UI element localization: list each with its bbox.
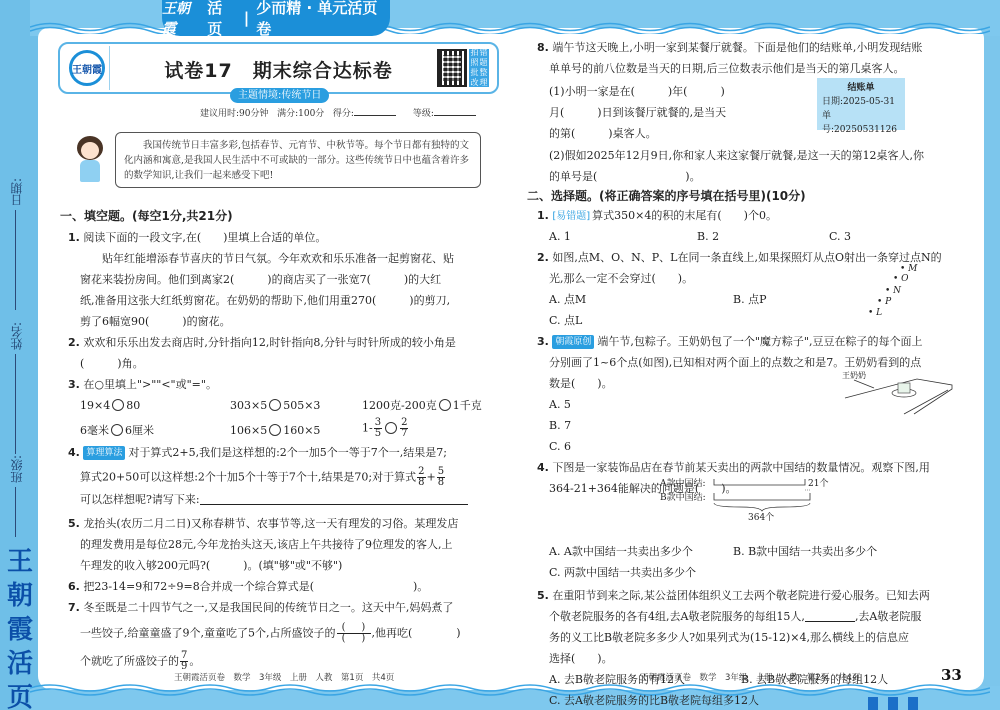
mc-q3-text-line: 数是( )。	[549, 374, 613, 394]
q8-prompt: 8. 端午节这天晚上,小明一家到某餐厅就餐。下面是他们的结账单,小明发现结账	[537, 38, 922, 58]
q4-answer-line: 可以怎样想呢?请写下来:	[80, 490, 468, 510]
score-field[interactable]	[354, 115, 396, 116]
q8-sub1-line: (1)小明一家是在( )年( )	[549, 82, 725, 102]
q7-fraction-blank[interactable]: ( )( )	[337, 623, 371, 644]
q2-answer-line: ( )角。	[80, 354, 144, 374]
mc-q5-text-line: 个敬老院服务的各有4组,去A敬老院服务的每组15人,,去A敬老院服	[549, 607, 921, 627]
q4-prompt: 4. 算理算法对于算式2+5,我们是这样想的:2个一加5个一等于7个一,结果是7…	[68, 443, 447, 463]
receipt-date: 日期:2025-05-31	[822, 95, 900, 109]
q1-prompt: 1. 阅读下面的一段文字,在( )里填上合适的单位。	[68, 228, 326, 248]
tag-original: 朝霞原创	[552, 335, 594, 349]
cube-zongzi-figure: 王奶奶	[842, 368, 957, 416]
mc-q3-option-b[interactable]: B. 7	[549, 416, 571, 436]
q7-text-line: 个就吃了所盛饺子的79。	[80, 651, 200, 672]
q2-prompt: 2. 欢欢和乐乐出发去商店时,分针指向12,时针指向8,分针与时针所成的较小角是	[68, 333, 456, 353]
bar-model-figure: A款中国结: B款中国结: 21个 364个	[660, 476, 840, 522]
mc-q3-option-c[interactable]: C. 6	[549, 437, 571, 457]
qr-label: 拍错 照题 批整 改理	[469, 49, 489, 87]
section-fill-blank: 一、填空题。(每空1分,共21分)	[60, 206, 490, 226]
qr-code-icon[interactable]	[437, 49, 467, 87]
paper-title: 试卷17 期末综合达标卷	[60, 56, 497, 83]
score-label: 得分:	[333, 109, 354, 119]
time-suggestion: 建议用时:90分钟	[200, 109, 269, 119]
mc-q1-prompt: 1. [易错题]算式350×4的积的末尾有( )个0。	[537, 206, 777, 227]
mc-q4-option-a[interactable]: A. A款中国结一共卖出多少个	[549, 542, 693, 562]
title-box: 王朝霞 试卷17 期末综合达标卷 拍错 照题 批整 改理	[58, 42, 499, 94]
mc-q2-option-c[interactable]: C. 点L	[549, 311, 582, 331]
grade-label: 等级:	[413, 109, 434, 119]
compare-circle[interactable]	[269, 424, 281, 436]
binding-tab	[888, 697, 898, 710]
q3-compare-item: 1-3527	[362, 418, 409, 439]
section-2-heading: 二、选择题。(将正确答案的序号填在括号里)(10分)	[527, 186, 967, 206]
q4-answer-field[interactable]	[200, 504, 468, 505]
intro-callout: 我国传统节日丰富多彩,包括春节、元宵节、中秋节等。每个节日都有独特的文化内涵和寓…	[73, 132, 481, 188]
q3-prompt: 3. 在○里填上">""<"或"="。	[68, 375, 217, 395]
banner-brand: 王朝霞	[162, 0, 203, 38]
compare-circle[interactable]	[269, 399, 281, 411]
mc-q2-text-line: 光,那么一定不会穿过( )。	[549, 269, 693, 289]
mc-q4-option-c[interactable]: C. 两款中国结一共卖出多少个	[549, 563, 696, 583]
intro-speech-bubble: 我国传统节日丰富多彩,包括春节、元宵节、中秋节等。每个节日都有独特的文化内涵和寓…	[115, 132, 481, 188]
name-label: 姓名:	[8, 322, 25, 350]
tag-reasoning: 算理算法	[83, 446, 125, 460]
binding-tab	[868, 697, 878, 710]
mc-q5-option-c[interactable]: C. 去A敬老院服务的比B敬老院每组多12人	[549, 691, 759, 710]
page-number: 33	[941, 666, 962, 684]
grade-field[interactable]	[434, 115, 476, 116]
compare-circle[interactable]	[111, 424, 123, 436]
date-field[interactable]	[15, 210, 16, 310]
q1-text-line: 纸,准备用这张大红纸剪窗花。在奶奶的帮助下,他们用重270( )的剪刀,	[80, 291, 450, 311]
q6-prompt: 6. 把23-14=9和72÷9=8合并成一个综合算式是( )。	[68, 577, 428, 597]
series-banner: 王朝霞 活页 | 少而精 · 单元活页卷	[162, 0, 390, 36]
banner-brand-suffix: 活页	[207, 0, 236, 39]
section-1-heading: 一、填空题。(每空1分,共21分)	[60, 206, 490, 226]
q3-compare-item: 106×5160×5	[230, 421, 320, 441]
q3-compare-item: 303×5505×3	[230, 396, 320, 416]
q3-compare-item: 1200克-200克1千克	[362, 396, 482, 416]
full-score: 满分:100分	[277, 109, 324, 119]
q8-sub1-line: 月( )日到该餐厅就餐的,是当天	[549, 103, 726, 123]
mc-q1-option-c[interactable]: C. 3	[829, 227, 851, 247]
mc-q4-option-b[interactable]: B. B款中国结一共卖出多少个	[733, 542, 877, 562]
binding-tab	[908, 697, 918, 710]
mc-q5-text-line: 选择( )。	[549, 649, 613, 669]
side-brand-logo: 王朝霞活页	[4, 545, 36, 710]
receipt-number: 单号:20250531126	[822, 109, 900, 137]
compare-circle[interactable]	[385, 422, 397, 434]
q1-text-line: 窗花来装扮房间。他们到离家2( )的商店买了一张宽7( )的大红	[80, 270, 441, 290]
footer-right: 王朝霞活页卷 数学 3年级 上册 人教 第2页 共4页	[640, 671, 860, 683]
mc-q1-option-b[interactable]: B. 2	[697, 227, 719, 247]
q1-text-line: 剪了6幅宽90( )的窗花。	[80, 312, 231, 332]
q5-prompt: 5. 龙抬头(农历二月二日)又称春耕节、农事节等,这一天有理发的习俗。某理发店	[68, 514, 458, 534]
q7-prompt: 7. 冬至既是二十四节气之一,又是我国民间的传统节日之一。这天中午,妈妈煮了	[68, 598, 453, 618]
q8-sub2-line: 的单号是( )。	[549, 167, 701, 187]
receipt-title: 结账单	[822, 81, 900, 95]
mc-q5-text-line: 务的义工比B敬老院多多少人?如果列式为(15-12)×4,那么横线上的信息应	[549, 628, 909, 648]
q1-text-line: 贴年红能增添春节喜庆的节日气氛。今年欢欢和乐乐准备一起剪窗花、贴	[102, 249, 454, 269]
date-label: 日期:	[8, 178, 25, 206]
tag-error-prone: [易错题]	[552, 211, 590, 222]
mc-q2-option-b[interactable]: B. 点P	[733, 290, 766, 310]
receipt-card: 结账单 日期:2025-05-31 单号:20250531126	[817, 78, 905, 130]
name-field[interactable]	[15, 354, 16, 454]
mc-q1-option-a[interactable]: A. 1	[549, 227, 571, 247]
theme-badge: 主题情境:传统节日	[230, 88, 329, 103]
footer-left: 王朝霞活页卷 数学 3年级 上册 人教 第1页 共4页	[174, 671, 394, 683]
mc-q2-option-a[interactable]: A. 点M	[549, 290, 586, 310]
compare-circle[interactable]	[112, 399, 124, 411]
q3-compare-item: 6毫米6厘米	[80, 421, 154, 441]
mc-q4-prompt: 4. 下图是一家装饰品店在春节前某天卖出的两款中国结的数量情况。观察下图,用	[537, 458, 930, 478]
class-field[interactable]	[15, 487, 16, 537]
q3-compare-item: 19×480	[80, 396, 140, 416]
banner-series: 少而精 · 单元活页卷	[256, 0, 390, 39]
q5-text-line: 的理发费用是每位28元,今年龙抬头这天,该店上午共接待了9位理发的客人,上	[80, 535, 452, 555]
q8-text-line: 单单号的前八位数是当天的日期,后三位数表示他们是当天的第几桌客人。	[549, 59, 905, 79]
mc-q5-prompt: 5. 在重阳节到来之际,某公益团体组织义工去两个敬老院进行爱心服务。已知去两	[537, 586, 930, 606]
bar-diff-label: 21个	[808, 476, 828, 489]
q5-text-line: 午理发的收入够200元吗?( )。(填"够"或"不够")	[80, 556, 342, 576]
exam-meta: 建议用时:90分钟 满分:100分 得分: 等级:	[200, 106, 490, 119]
q7-text-line: 一些饺子,给童童盛了9个,童童吃了5个,占所盛饺子的( )( ),他再吃( )	[80, 623, 461, 644]
bar-total-label: 364个	[748, 510, 774, 523]
mc-q3-prompt: 3. 朝霞原创端午节,包粽子。王奶奶包了一个"魔方粽子",豆豆在粽子的每个面上	[537, 332, 922, 352]
q8-sub1-line: 的第( )桌客人。	[549, 124, 657, 144]
q4-text-line: 算式20+50可以这样想:2个十加5个十等于7个十,结果是70;对于算式28+5…	[80, 467, 446, 488]
compare-circle[interactable]	[439, 399, 451, 411]
collinear-points-figure: • M • O • N • P • L	[862, 264, 912, 324]
class-label: 班级:	[8, 455, 25, 483]
qr-code-block[interactable]: 拍错 照题 批整 改理	[437, 49, 489, 87]
mc-q3-option-a[interactable]: A. 5	[549, 395, 571, 415]
q8-sub2-line: (2)假如2025年12月9日,你和家人来这家餐厅就餐,是这一天的第12桌客人,…	[549, 146, 924, 166]
girl-mascot-icon	[73, 136, 107, 184]
